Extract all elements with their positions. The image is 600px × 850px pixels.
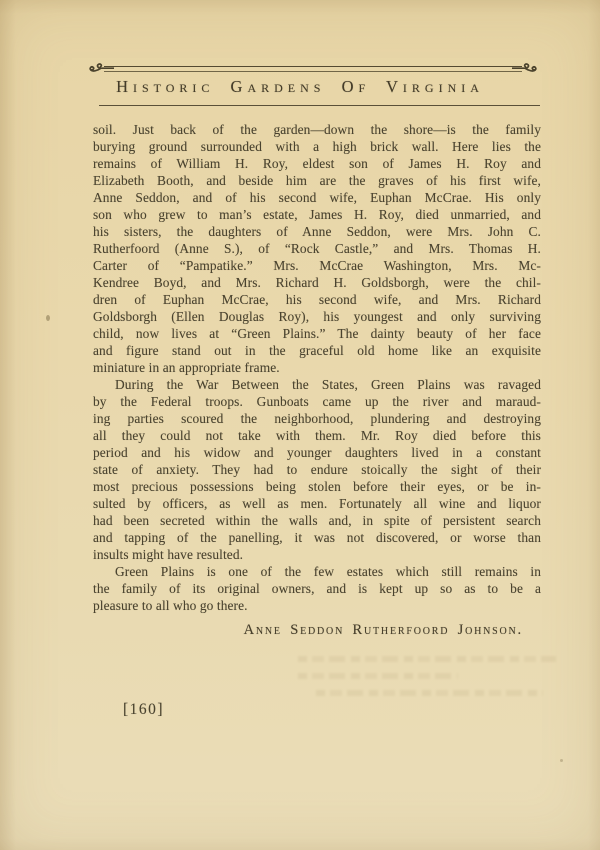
text-line: Goldsborgh (Ellen Douglas Roy), his youn… (93, 308, 541, 325)
paragraph: soil. Just back of the garden—down the s… (93, 121, 541, 376)
text-line: During the War Between the States, Green… (93, 376, 541, 393)
text-line: and tapping of the panelling, it was not… (93, 529, 541, 546)
scroll-flourish-right-icon (512, 62, 538, 75)
text-line: period and his widow and younger daughte… (93, 444, 541, 461)
show-through-artifact (298, 656, 556, 712)
text-line: his sisters, the daughters of Anne Seddo… (93, 223, 541, 240)
page-text-block: soil. Just back of the garden—down the s… (93, 121, 541, 614)
page-number: [160] (123, 701, 164, 719)
text-line: son who grew to man’s estate, James H. R… (93, 206, 541, 223)
text-line: most precious possessions being stolen b… (93, 478, 541, 495)
text-line: dren of Euphan McCrae, his second wife, … (93, 291, 541, 308)
text-line: miniature in an appropriate frame. (93, 359, 541, 376)
text-line: insults might have resulted. (93, 546, 541, 563)
text-line: and figure stand out in the graceful old… (93, 342, 541, 359)
double-rule-line (104, 66, 522, 72)
text-line: remains of William H. Roy, eldest son of… (93, 155, 541, 172)
text-line: child, now lives at “Green Plains.” The … (93, 325, 541, 342)
header-ornament-rule (88, 62, 538, 76)
text-line: ing parties scoured the neighborhood, pl… (93, 410, 541, 427)
text-line: burying ground surrounded with a high br… (93, 138, 541, 155)
text-line: the family of its original owners, and i… (93, 580, 541, 597)
text-line: soil. Just back of the garden—down the s… (93, 121, 541, 138)
text-line: Carter of “Pampatike.” Mrs. McCrae Washi… (93, 257, 541, 274)
book-page: Historic Gardens Of Virginia soil. Just … (0, 0, 600, 850)
text-line: Elizabeth Booth, and beside him are the … (93, 172, 541, 189)
text-line: sulted by officers, as well as men. Fort… (93, 495, 541, 512)
text-line: Kendree Boyd, and Mrs. Richard H. Goldsb… (93, 274, 541, 291)
paragraph: During the War Between the States, Green… (93, 376, 541, 563)
text-line: Anne Seddon, and of his second wife, Eup… (93, 189, 541, 206)
text-line: all they could not take with them. Mr. R… (93, 427, 541, 444)
text-line: by the Federal troops. Gunboats came up … (93, 393, 541, 410)
text-line: state of anxiety. They had to endure sto… (93, 461, 541, 478)
running-head-title: Historic Gardens Of Virginia (0, 77, 600, 96)
text-line: pleasure to all who go there. (93, 597, 541, 614)
scan-speck (560, 759, 563, 762)
text-line: had been secreted within the walls and, … (93, 512, 541, 529)
author-signature: Anne Seddon Rutherfoord Johnson. (93, 621, 523, 639)
text-line: Rutherfoord (Anne S.), of “Rock Castle,”… (93, 240, 541, 257)
text-line: Green Plains is one of the few estates w… (93, 563, 541, 580)
paragraph: Green Plains is one of the few estates w… (93, 563, 541, 614)
scan-speck (46, 315, 50, 321)
header-rule (99, 105, 540, 106)
